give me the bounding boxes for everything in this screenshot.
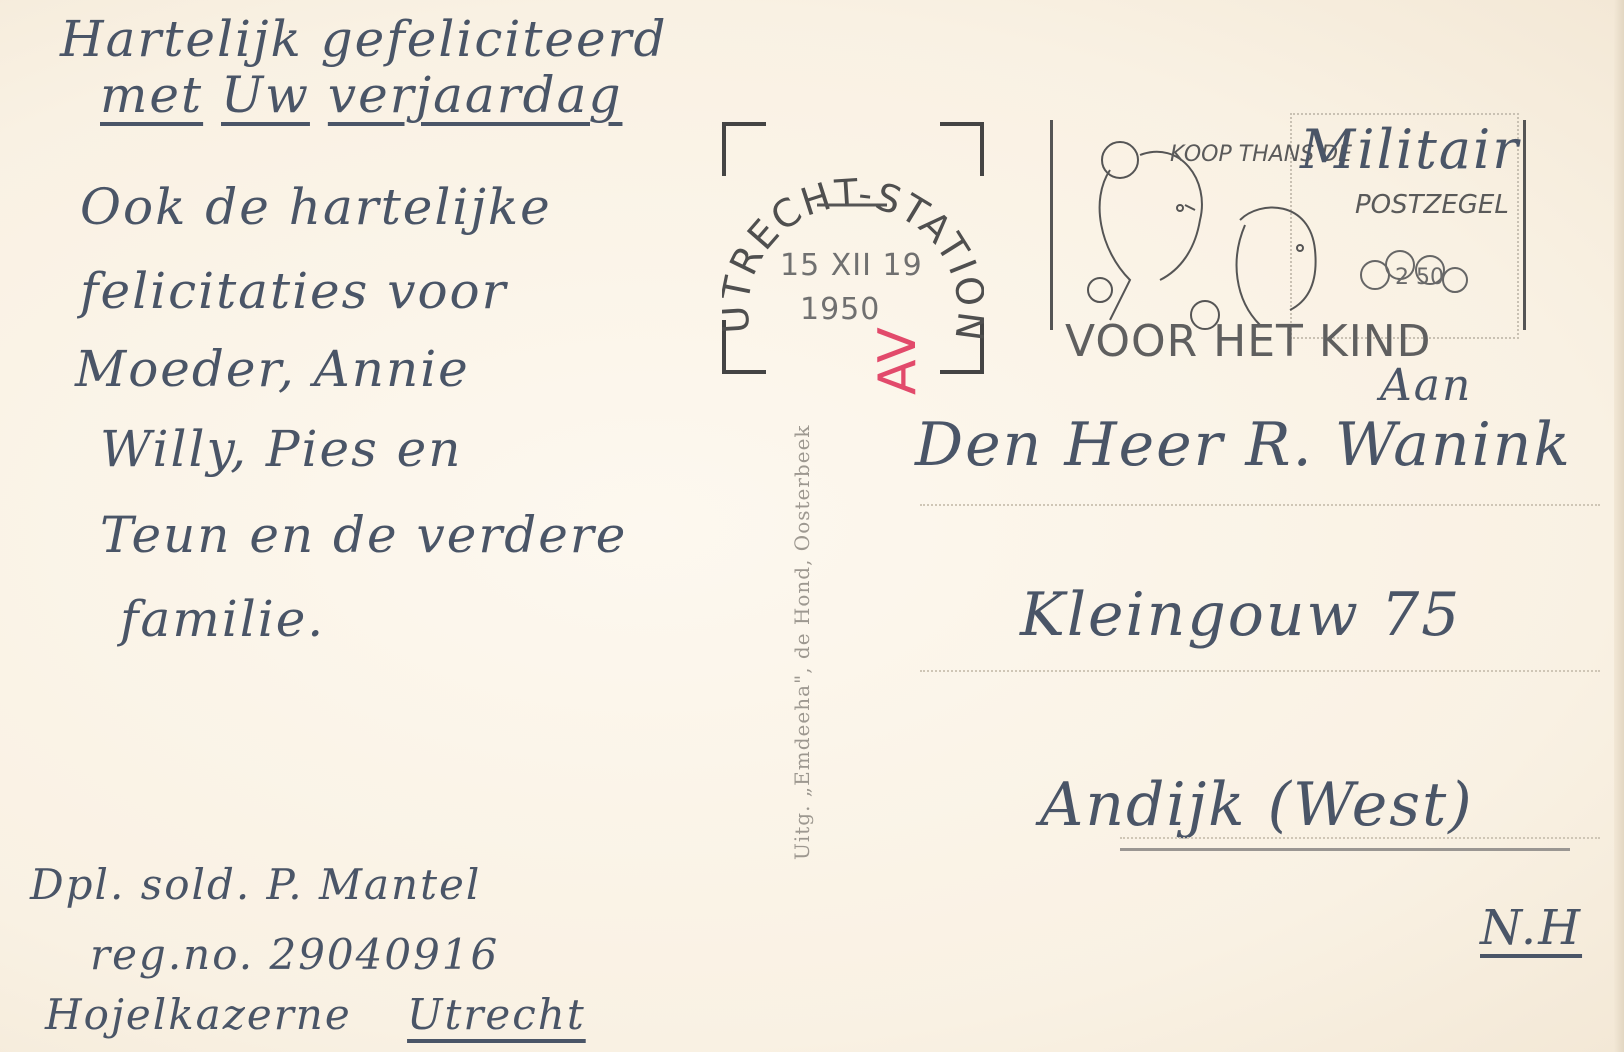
recipient-line-3: Andijk (West) [1040, 770, 1474, 840]
slogan-line-3: VOOR HET KIND [1065, 316, 1432, 367]
sender-line-1: Dpl. sold. P. Mantel [30, 860, 481, 909]
address-underline [1120, 848, 1570, 851]
sender-line-3: Hojelkazerne Utrecht [45, 990, 586, 1039]
sender-line-2: reg.no. 29040916 [90, 930, 499, 979]
recipient-line-1: Den Heer R. Wanink [915, 410, 1572, 480]
postmark-date: 15 XII 19 [780, 248, 923, 283]
sender-barracks: Hojelkazerne [45, 990, 352, 1039]
address-line-3 [1120, 837, 1600, 839]
address-line-2 [920, 670, 1600, 672]
message-line-8: familie. [120, 590, 325, 648]
postmark-year: 1950 [800, 292, 880, 327]
message-line-4: felicitaties voor [80, 262, 508, 320]
red-av-mark: AV [868, 327, 928, 395]
message-line-1: Hartelijk gefeliciteerd [60, 10, 668, 68]
sender-city: Utrecht [407, 990, 586, 1039]
message-line-3: Ook de hartelijke [80, 178, 552, 236]
message-line-5: Moeder, Annie [75, 340, 470, 398]
slogan-line-2: POSTZEGEL [1355, 190, 1509, 220]
recipient-note-militair: Militair [1300, 118, 1520, 181]
postcard-back: Hartelijk gefeliciteerd met Uw verjaarda… [0, 0, 1624, 1052]
message-line-6: Willy, Pies en [100, 420, 462, 478]
message-word-uw: Uw [221, 66, 310, 124]
message-line-2: met Uw verjaardag [100, 66, 622, 124]
recipient-line-4: N.H [1480, 900, 1582, 956]
card-edge [1614, 0, 1624, 1052]
address-line-1 [920, 504, 1600, 506]
message-line-7: Teun en de verdere [100, 506, 627, 564]
slogan-value: 2 50 [1395, 265, 1444, 290]
message-word-met: met [100, 66, 203, 124]
message-word-verjaardag: verjaardag [328, 66, 623, 124]
recipient-line-2: Kleingouw 75 [1020, 580, 1461, 650]
recipient-aan: Aan [1380, 360, 1472, 411]
publisher-imprint: Uitg. „Emdeeha", de Hond, Oosterbeek [790, 424, 814, 860]
